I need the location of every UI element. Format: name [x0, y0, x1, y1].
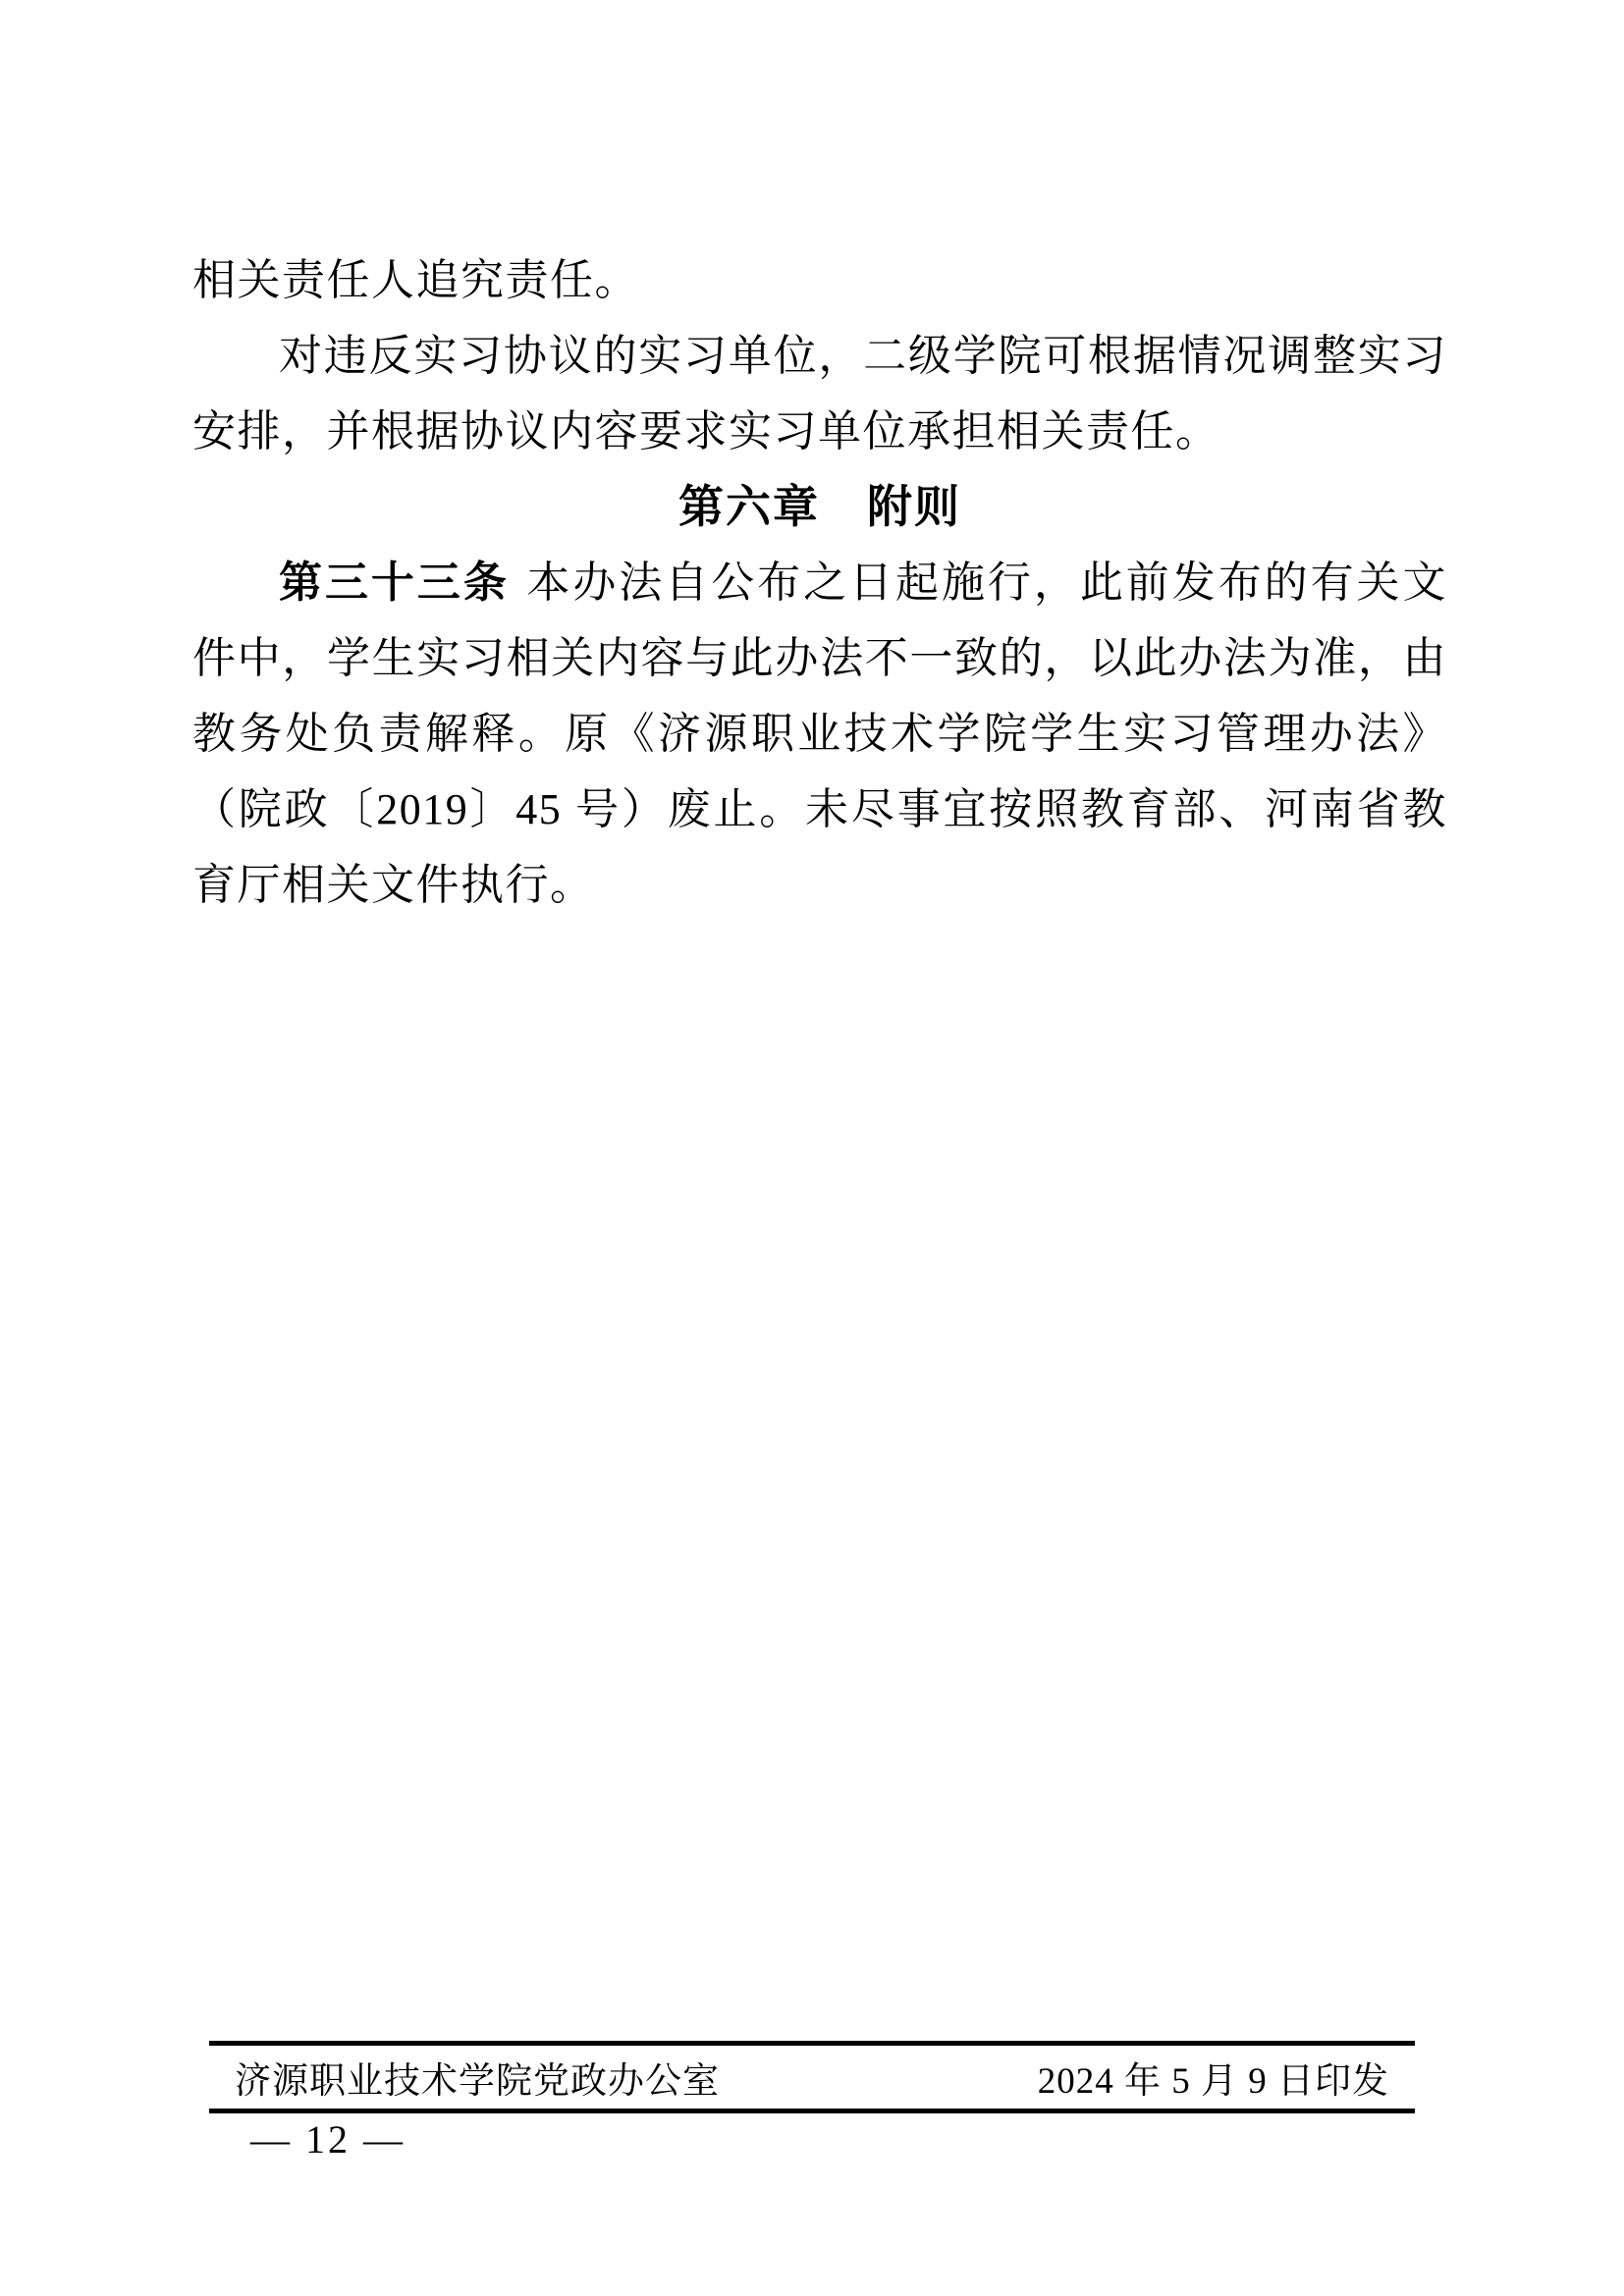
colophon-row: 济源职业技术学院党政办公室 2024 年 5 月 9 日印发: [209, 2046, 1415, 2109]
paragraph-continuation: 相关责任人追究责任。: [192, 242, 1447, 318]
chapter-heading: 第六章 附则: [192, 469, 1447, 545]
document-page: 相关责任人追究责任。 对违反实习协议的实习单位，二级学院可根据情况调整实习安排，…: [0, 0, 1624, 2296]
paragraph-article-33: 第三十三条本办法自公布之日起施行，此前发布的有关文件中，学生实习相关内容与此办法…: [192, 545, 1447, 923]
paragraph-violation-clause: 对违反实习协议的实习单位，二级学院可根据情况调整实习安排，并根据协议内容要求实习…: [192, 318, 1447, 469]
colophon-bottom-rule: [209, 2109, 1415, 2113]
colophon: 济源职业技术学院党政办公室 2024 年 5 月 9 日印发 — 12 —: [209, 2041, 1415, 2163]
document-body: 相关责任人追究责任。 对违反实习协议的实习单位，二级学院可根据情况调整实习安排，…: [192, 242, 1447, 923]
issuing-office: 济源职业技术学院党政办公室: [235, 2051, 720, 2104]
article-number: 第三十三条: [279, 559, 510, 607]
page-number: — 12 —: [209, 2117, 1415, 2163]
article-text: 本办法自公布之日起施行，此前发布的有关文件中，学生实习相关内容与此办法不一致的，…: [192, 559, 1447, 909]
print-date: 2024 年 5 月 9 日印发: [1038, 2051, 1389, 2104]
